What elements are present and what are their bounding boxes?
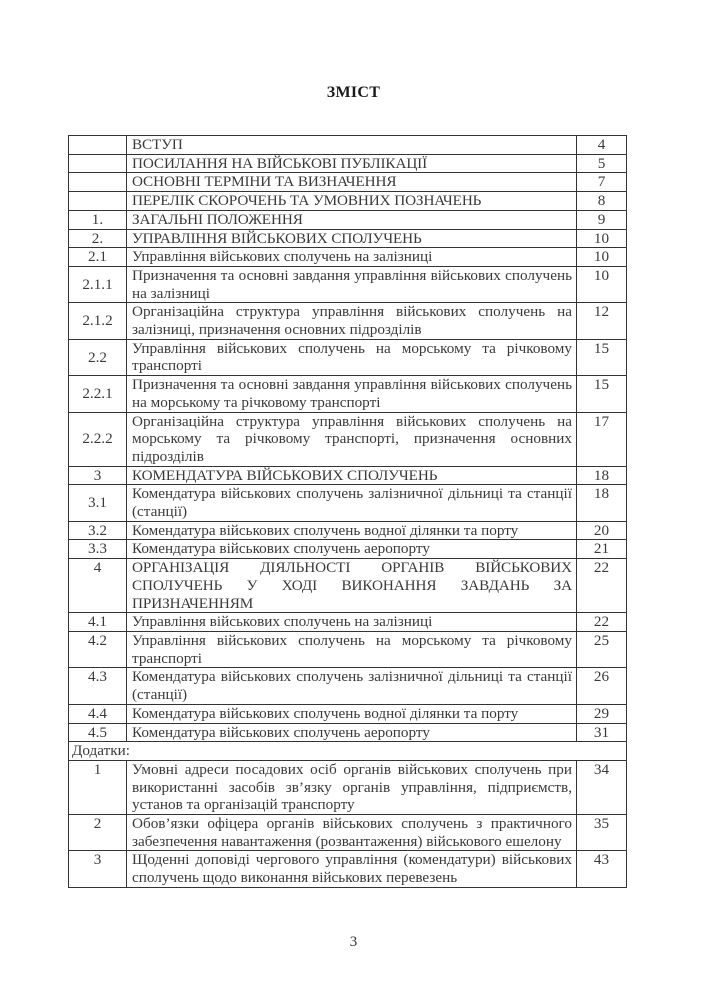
section-title[interactable]: УПРАВЛІННЯ ВІЙСЬКОВИХ СПОЛУЧЕНЬ bbox=[127, 229, 577, 248]
section-title[interactable]: Організаційна структура управління війсь… bbox=[127, 412, 577, 466]
page-ref: 20 bbox=[577, 521, 627, 540]
section-title[interactable]: Управління військових сполучень на заліз… bbox=[127, 613, 577, 632]
toc-row[interactable]: ПЕРЕЛІК СКОРОЧЕНЬ ТА УМОВНИХ ПОЗНАЧЕНЬ8 bbox=[69, 192, 627, 211]
section-number: 3.2 bbox=[69, 521, 127, 540]
toc-row[interactable]: 2.1.1Призначення та основні завдання упр… bbox=[69, 266, 627, 302]
section-number: 2.1.2 bbox=[69, 303, 127, 339]
page-ref: 10 bbox=[577, 248, 627, 267]
appendix-header-row: Додатки: bbox=[69, 742, 627, 761]
appendix-title[interactable]: Обов’язки офіцера органів військових спо… bbox=[127, 815, 577, 851]
page-title: ЗМІСТ bbox=[0, 84, 707, 102]
section-title[interactable]: ВСТУП bbox=[127, 136, 577, 155]
section-number: 4.2 bbox=[69, 631, 127, 667]
page-ref: 21 bbox=[577, 540, 627, 559]
page-ref: 22 bbox=[577, 613, 627, 632]
appendix-number: 1 bbox=[69, 760, 127, 814]
appendix-label: Додатки: bbox=[69, 742, 627, 761]
section-number: 4 bbox=[69, 559, 127, 613]
section-number bbox=[69, 173, 127, 192]
toc-row[interactable]: 4.1Управління військових сполучень на за… bbox=[69, 613, 627, 632]
page-ref: 22 bbox=[577, 559, 627, 613]
toc-row[interactable]: 2.2Управління військових сполучень на мо… bbox=[69, 339, 627, 375]
page-ref: 15 bbox=[577, 339, 627, 375]
toc-row[interactable]: 4.5Комендатура військових сполучень аеро… bbox=[69, 723, 627, 742]
page-ref: 15 bbox=[577, 376, 627, 412]
appendix-number: 2 bbox=[69, 815, 127, 851]
section-title[interactable]: Комендатура військових сполучень водної … bbox=[127, 704, 577, 723]
page-ref: 34 bbox=[577, 760, 627, 814]
page-ref: 10 bbox=[577, 266, 627, 302]
page-ref: 7 bbox=[577, 173, 627, 192]
section-title[interactable]: ПОСИЛАННЯ НА ВІЙСЬКОВІ ПУБЛІКАЦІЇ bbox=[127, 154, 577, 173]
section-title[interactable]: Комендатура військових сполучень аеропор… bbox=[127, 723, 577, 742]
appendix-title[interactable]: Умовні адреси посадових осіб органів вій… bbox=[127, 760, 577, 814]
section-title[interactable]: ОСНОВНІ ТЕРМІНИ ТА ВИЗНАЧЕННЯ bbox=[127, 173, 577, 192]
section-number: 3.1 bbox=[69, 485, 127, 521]
section-number: 4.4 bbox=[69, 704, 127, 723]
section-title[interactable]: Організаційна структура управління війсь… bbox=[127, 303, 577, 339]
page-ref: 26 bbox=[577, 668, 627, 704]
page-ref: 31 bbox=[577, 723, 627, 742]
toc-row[interactable]: 2.2.2Організаційна структура управління … bbox=[69, 412, 627, 466]
page-ref: 8 bbox=[577, 192, 627, 211]
appendix-row[interactable]: 2Обов’язки офіцера органів військових сп… bbox=[69, 815, 627, 851]
toc-row[interactable]: ПОСИЛАННЯ НА ВІЙСЬКОВІ ПУБЛІКАЦІЇ5 bbox=[69, 154, 627, 173]
section-title[interactable]: Управління військових сполучень на морсь… bbox=[127, 339, 577, 375]
page-ref: 29 bbox=[577, 704, 627, 723]
toc-row[interactable]: 4.4Комендатура військових сполучень водн… bbox=[69, 704, 627, 723]
section-title[interactable]: Управління військових сполучень на заліз… bbox=[127, 248, 577, 267]
section-number bbox=[69, 154, 127, 173]
section-number: 3.3 bbox=[69, 540, 127, 559]
toc-row[interactable]: ВСТУП4 bbox=[69, 136, 627, 155]
appendix-row[interactable]: 3Щоденні доповіді чергового управління (… bbox=[69, 851, 627, 887]
page-ref: 5 bbox=[577, 154, 627, 173]
toc-row[interactable]: 3КОМЕНДАТУРА ВІЙСЬКОВИХ СПОЛУЧЕНЬ18 bbox=[69, 466, 627, 485]
page-number: 3 bbox=[0, 934, 707, 951]
section-number: 4.5 bbox=[69, 723, 127, 742]
section-number: 2.1 bbox=[69, 248, 127, 267]
toc-row[interactable]: 3.2Комендатура військових сполучень водн… bbox=[69, 521, 627, 540]
section-number: 2.2.1 bbox=[69, 376, 127, 412]
section-number: 2.2.2 bbox=[69, 412, 127, 466]
page-ref: 25 bbox=[577, 631, 627, 667]
section-number: 2.2 bbox=[69, 339, 127, 375]
toc-row[interactable]: 2.1.2Організаційна структура управління … bbox=[69, 303, 627, 339]
toc-row[interactable]: 3.3Комендатура військових сполучень аеро… bbox=[69, 540, 627, 559]
toc-row[interactable]: 4.3Комендатура військових сполучень залі… bbox=[69, 668, 627, 704]
toc-row[interactable]: 2.УПРАВЛІННЯ ВІЙСЬКОВИХ СПОЛУЧЕНЬ10 bbox=[69, 229, 627, 248]
page-ref: 12 bbox=[577, 303, 627, 339]
page-ref: 18 bbox=[577, 466, 627, 485]
section-number: 4.3 bbox=[69, 668, 127, 704]
table-of-contents: ВСТУП4 ПОСИЛАННЯ НА ВІЙСЬКОВІ ПУБЛІКАЦІЇ… bbox=[68, 135, 627, 888]
section-number: 4.1 bbox=[69, 613, 127, 632]
page-ref: 43 bbox=[577, 851, 627, 887]
appendix-number: 3 bbox=[69, 851, 127, 887]
toc-row[interactable]: ОСНОВНІ ТЕРМІНИ ТА ВИЗНАЧЕННЯ7 bbox=[69, 173, 627, 192]
section-title[interactable]: ОРГАНІЗАЦІЯ ДІЯЛЬНОСТІ ОРГАНІВ ВІЙСЬКОВИ… bbox=[127, 559, 577, 613]
page-ref: 10 bbox=[577, 229, 627, 248]
page-ref: 35 bbox=[577, 815, 627, 851]
toc-row[interactable]: 4ОРГАНІЗАЦІЯ ДІЯЛЬНОСТІ ОРГАНІВ ВІЙСЬКОВ… bbox=[69, 559, 627, 613]
toc-row[interactable]: 1.ЗАГАЛЬНІ ПОЛОЖЕННЯ9 bbox=[69, 210, 627, 229]
section-title[interactable]: КОМЕНДАТУРА ВІЙСЬКОВИХ СПОЛУЧЕНЬ bbox=[127, 466, 577, 485]
toc-row[interactable]: 4.2Управління військових сполучень на мо… bbox=[69, 631, 627, 667]
section-number bbox=[69, 192, 127, 211]
page-ref: 18 bbox=[577, 485, 627, 521]
section-number: 2.1.1 bbox=[69, 266, 127, 302]
toc-row[interactable]: 2.1Управління військових сполучень на за… bbox=[69, 248, 627, 267]
page-ref: 4 bbox=[577, 136, 627, 155]
section-number: 1. bbox=[69, 210, 127, 229]
page-ref: 17 bbox=[577, 412, 627, 466]
section-number: 2. bbox=[69, 229, 127, 248]
page-ref: 9 bbox=[577, 210, 627, 229]
toc-row[interactable]: 3.1Комендатура військових сполучень залі… bbox=[69, 485, 627, 521]
appendix-row[interactable]: 1Умовні адреси посадових осіб органів ві… bbox=[69, 760, 627, 814]
section-number bbox=[69, 136, 127, 155]
toc-row[interactable]: 2.2.1Призначення та основні завдання упр… bbox=[69, 376, 627, 412]
section-number: 3 bbox=[69, 466, 127, 485]
section-title[interactable]: Комендатура військових сполучень залізни… bbox=[127, 668, 577, 704]
section-title[interactable]: Комендатура військових сполучень водної … bbox=[127, 521, 577, 540]
section-title[interactable]: Призначення та основні завдання управлін… bbox=[127, 266, 577, 302]
section-title[interactable]: ПЕРЕЛІК СКОРОЧЕНЬ ТА УМОВНИХ ПОЗНАЧЕНЬ bbox=[127, 192, 577, 211]
toc-body: ВСТУП4 ПОСИЛАННЯ НА ВІЙСЬКОВІ ПУБЛІКАЦІЇ… bbox=[69, 136, 627, 888]
section-title[interactable]: Комендатура військових сполучень залізни… bbox=[127, 485, 577, 521]
appendix-title[interactable]: Щоденні доповіді чергового управління (к… bbox=[127, 851, 577, 887]
section-title[interactable]: Комендатура військових сполучень аеропор… bbox=[127, 540, 577, 559]
section-title[interactable]: Призначення та основні завдання управлін… bbox=[127, 376, 577, 412]
section-title[interactable]: Управління військових сполучень на морсь… bbox=[127, 631, 577, 667]
section-title[interactable]: ЗАГАЛЬНІ ПОЛОЖЕННЯ bbox=[127, 210, 577, 229]
